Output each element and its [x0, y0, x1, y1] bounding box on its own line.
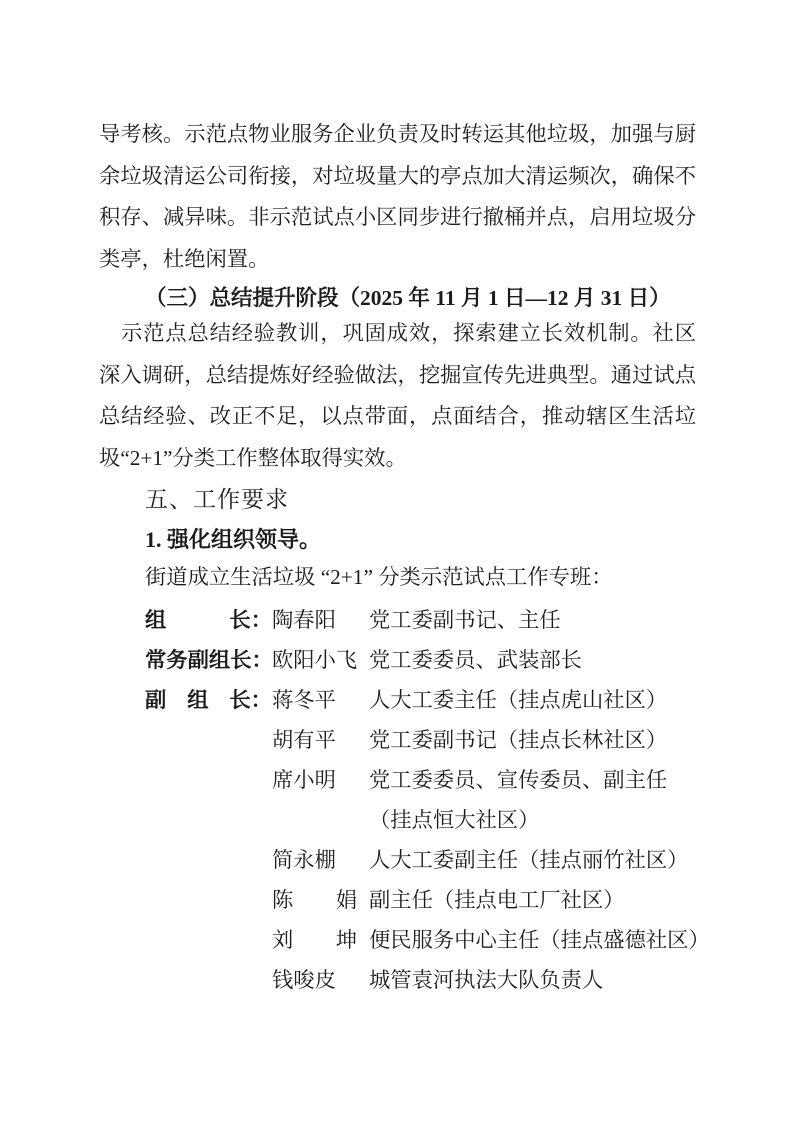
- label-segment: 长：: [229, 600, 272, 640]
- roster-name: 胡有平: [272, 720, 369, 760]
- label-segment: 组: [145, 600, 166, 640]
- paragraph-section-3: 示范点总结经验教训，巩固成效，探索建立长效机制。社区深入调研，总结提炼好经验做法…: [99, 313, 696, 479]
- roster-row-deputy: 简永棚 人大工委副主任（挂点丽竹社区）: [145, 840, 696, 880]
- item-1-intro: 街道成立生活垃圾 “2+1” 分类示范试点工作专班：: [99, 557, 696, 598]
- roster-role: 人大工委主任（挂点虎山社区）: [369, 680, 696, 720]
- roster-role: 城管袁河执法大队负责人: [369, 960, 696, 1000]
- roster-role: 副主任（挂点电工厂社区）: [369, 880, 696, 920]
- roster-row-deputy: 胡有平 党工委副书记（挂点长林社区）: [145, 720, 696, 760]
- roster-name: 陈 娟: [272, 880, 369, 920]
- paragraph-continuation: 导考核。示范点物业服务企业负责及时转运其他垃圾，加强与厨余垃圾清运公司衔接，对垃…: [99, 114, 696, 280]
- label-segment: 常务副组长：: [145, 640, 273, 680]
- roster-role: 便民服务中心主任（挂点盛德社区）: [369, 920, 710, 960]
- roster-name: 欧阳小飞: [272, 640, 369, 680]
- roster-label: 常务副组长：: [145, 640, 272, 680]
- item-1-heading: 1. 强化组织领导。: [99, 523, 696, 557]
- roster-row-deputy: 钱唆皮 城管袁河执法大队负责人: [145, 960, 696, 1000]
- section-3-heading: （三）总结提升阶段（2025 年 11 月 1 日—12 月 31 日）: [99, 280, 696, 317]
- roster-role: 党工委委员、宣传委员、副主任 （挂点恒大社区）: [369, 760, 696, 840]
- roster-name: 钱唆皮: [272, 960, 369, 1000]
- label-segment: 副: [145, 680, 166, 720]
- roster-name: 刘 坤: [272, 920, 369, 960]
- roster-row-executive-deputy: 常务副组长： 欧阳小飞 党工委委员、武装部长: [145, 640, 696, 680]
- label-segment: 长：: [229, 680, 272, 720]
- roster-name: 陶春阳: [272, 600, 369, 640]
- document-page: 导考核。示范点物业服务企业负责及时转运其他垃圾，加强与厨余垃圾清运公司衔接，对垃…: [0, 0, 793, 1122]
- roster-name: 简永棚: [272, 840, 369, 880]
- roster-row-deputy: 席小明 党工委委员、宣传委员、副主任 （挂点恒大社区）: [145, 760, 696, 840]
- roster-name: 蒋冬平: [272, 680, 369, 720]
- roster-role: 党工委副书记、主任: [369, 600, 696, 640]
- roster-label: 副组长：: [145, 680, 272, 720]
- roster-row-leader: 组长： 陶春阳 党工委副书记、主任: [145, 600, 696, 640]
- roster-name: 席小明: [272, 760, 369, 800]
- roster-role: 党工委副书记（挂点长林社区）: [369, 720, 696, 760]
- label-segment: 组: [187, 680, 208, 720]
- roster-row-deputy: 副组长： 蒋冬平 人大工委主任（挂点虎山社区）: [145, 680, 696, 720]
- roster-row-deputy: 陈 娟 副主任（挂点电工厂社区）: [145, 880, 696, 920]
- roster-label: 组长：: [145, 600, 272, 640]
- section-5-heading: 五、工作要求: [99, 482, 696, 516]
- leadership-roster: 组长： 陶春阳 党工委副书记、主任 常务副组长： 欧阳小飞 党工委委员、武装部长…: [99, 600, 696, 1000]
- roster-row-deputy: 刘 坤 便民服务中心主任（挂点盛德社区）: [145, 920, 696, 960]
- roster-role: 人大工委副主任（挂点丽竹社区）: [369, 840, 696, 880]
- roster-role: 党工委委员、武装部长: [369, 640, 696, 680]
